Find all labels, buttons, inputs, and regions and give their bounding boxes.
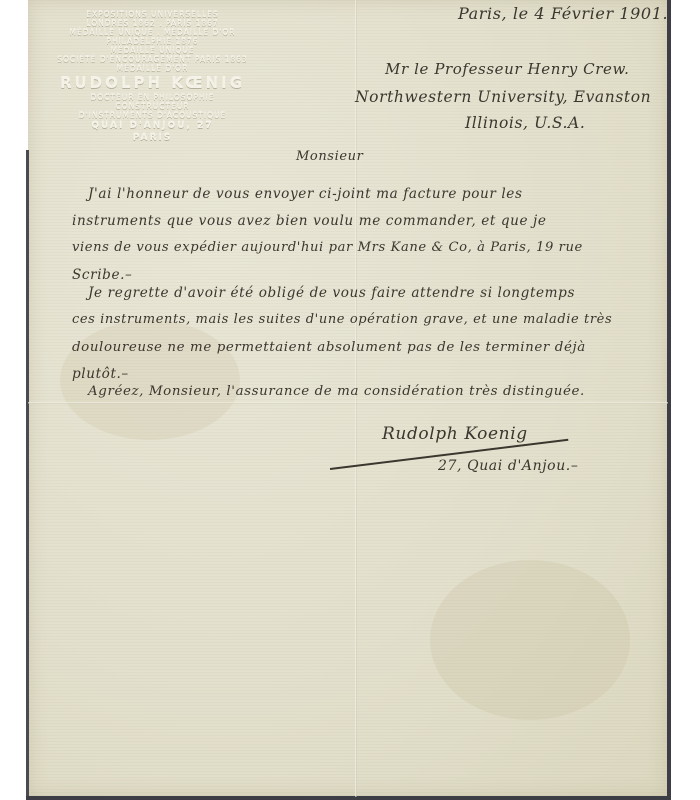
letterhead-line: MÉDAILLE UNIQUE [35, 46, 270, 55]
letterhead-name: RUDOLPH KŒNIG [35, 74, 270, 92]
letterhead-city: PARIS [35, 132, 270, 144]
embossed-letterhead: EXPOSITIONS UNIVERSELLES LONDRES 1862 . … [35, 10, 270, 144]
letterhead-line: LONDRES 1862 . PARIS 1867 [35, 19, 270, 28]
body-line: douloureuse ne me permettaient absolumen… [72, 340, 586, 355]
recipient-line-1: Mr le Professeur Henry Crew. [385, 60, 630, 78]
letterhead-title: D'INSTRUMENTS D'ACOUSTIQUE [35, 111, 270, 120]
body-line: Je regrette d'avoir été obligé de vous f… [88, 285, 575, 301]
body-line: Agréez, Monsieur, l'assurance de ma cons… [88, 384, 585, 399]
letterhead-line: EXPOSITIONS UNIVERSELLES [35, 10, 270, 19]
recipient-line-3: Illinois, U.S.A. [465, 114, 585, 132]
letterhead-address: QUAI D'ANJOU, 27 [35, 120, 270, 132]
body-line: ces instruments, mais les suites d'une o… [72, 312, 612, 327]
scan-edge-left [26, 150, 29, 800]
body-line: instruments que vous avez bien voulu me … [72, 213, 547, 229]
body-line: viens de vous expédier aujourd'hui par M… [72, 240, 583, 255]
body-line: plutôt.– [72, 366, 129, 382]
letterhead-line: MÉDAILLE D'OR [35, 64, 270, 73]
body-line: J'ai l'honneur de vous envoyer ci-joint … [88, 186, 523, 202]
signature-address: 27, Quai d'Anjou.– [438, 458, 578, 474]
recipient-line-2: Northwestern University, Evanston [355, 88, 651, 106]
horizontal-fold-line [28, 402, 668, 404]
dateline: Paris, le 4 Février 1901. [458, 4, 668, 23]
scan-edge-right [667, 0, 671, 800]
letterhead-line: SOCIÉTÉ D'ENCOURAGEMENT PARIS 1863 [35, 55, 270, 64]
letterhead-title: DOCTEUR EN PHILOSOPHIE [35, 93, 270, 102]
letterhead-line: MÉDAILLE UNIQUE . MÉDAILLE D'OR [35, 28, 270, 37]
signature: Rudolph Koenig [382, 424, 528, 444]
salutation: Monsieur [296, 149, 363, 164]
paper-stain [430, 560, 630, 720]
letterhead-title: CONSTRUCTEUR [35, 102, 270, 111]
letterhead-line: PHILADELPHIE 1876 [35, 37, 270, 46]
scan-edge-bottom [26, 796, 671, 800]
body-line: Scribe.– [72, 267, 132, 283]
